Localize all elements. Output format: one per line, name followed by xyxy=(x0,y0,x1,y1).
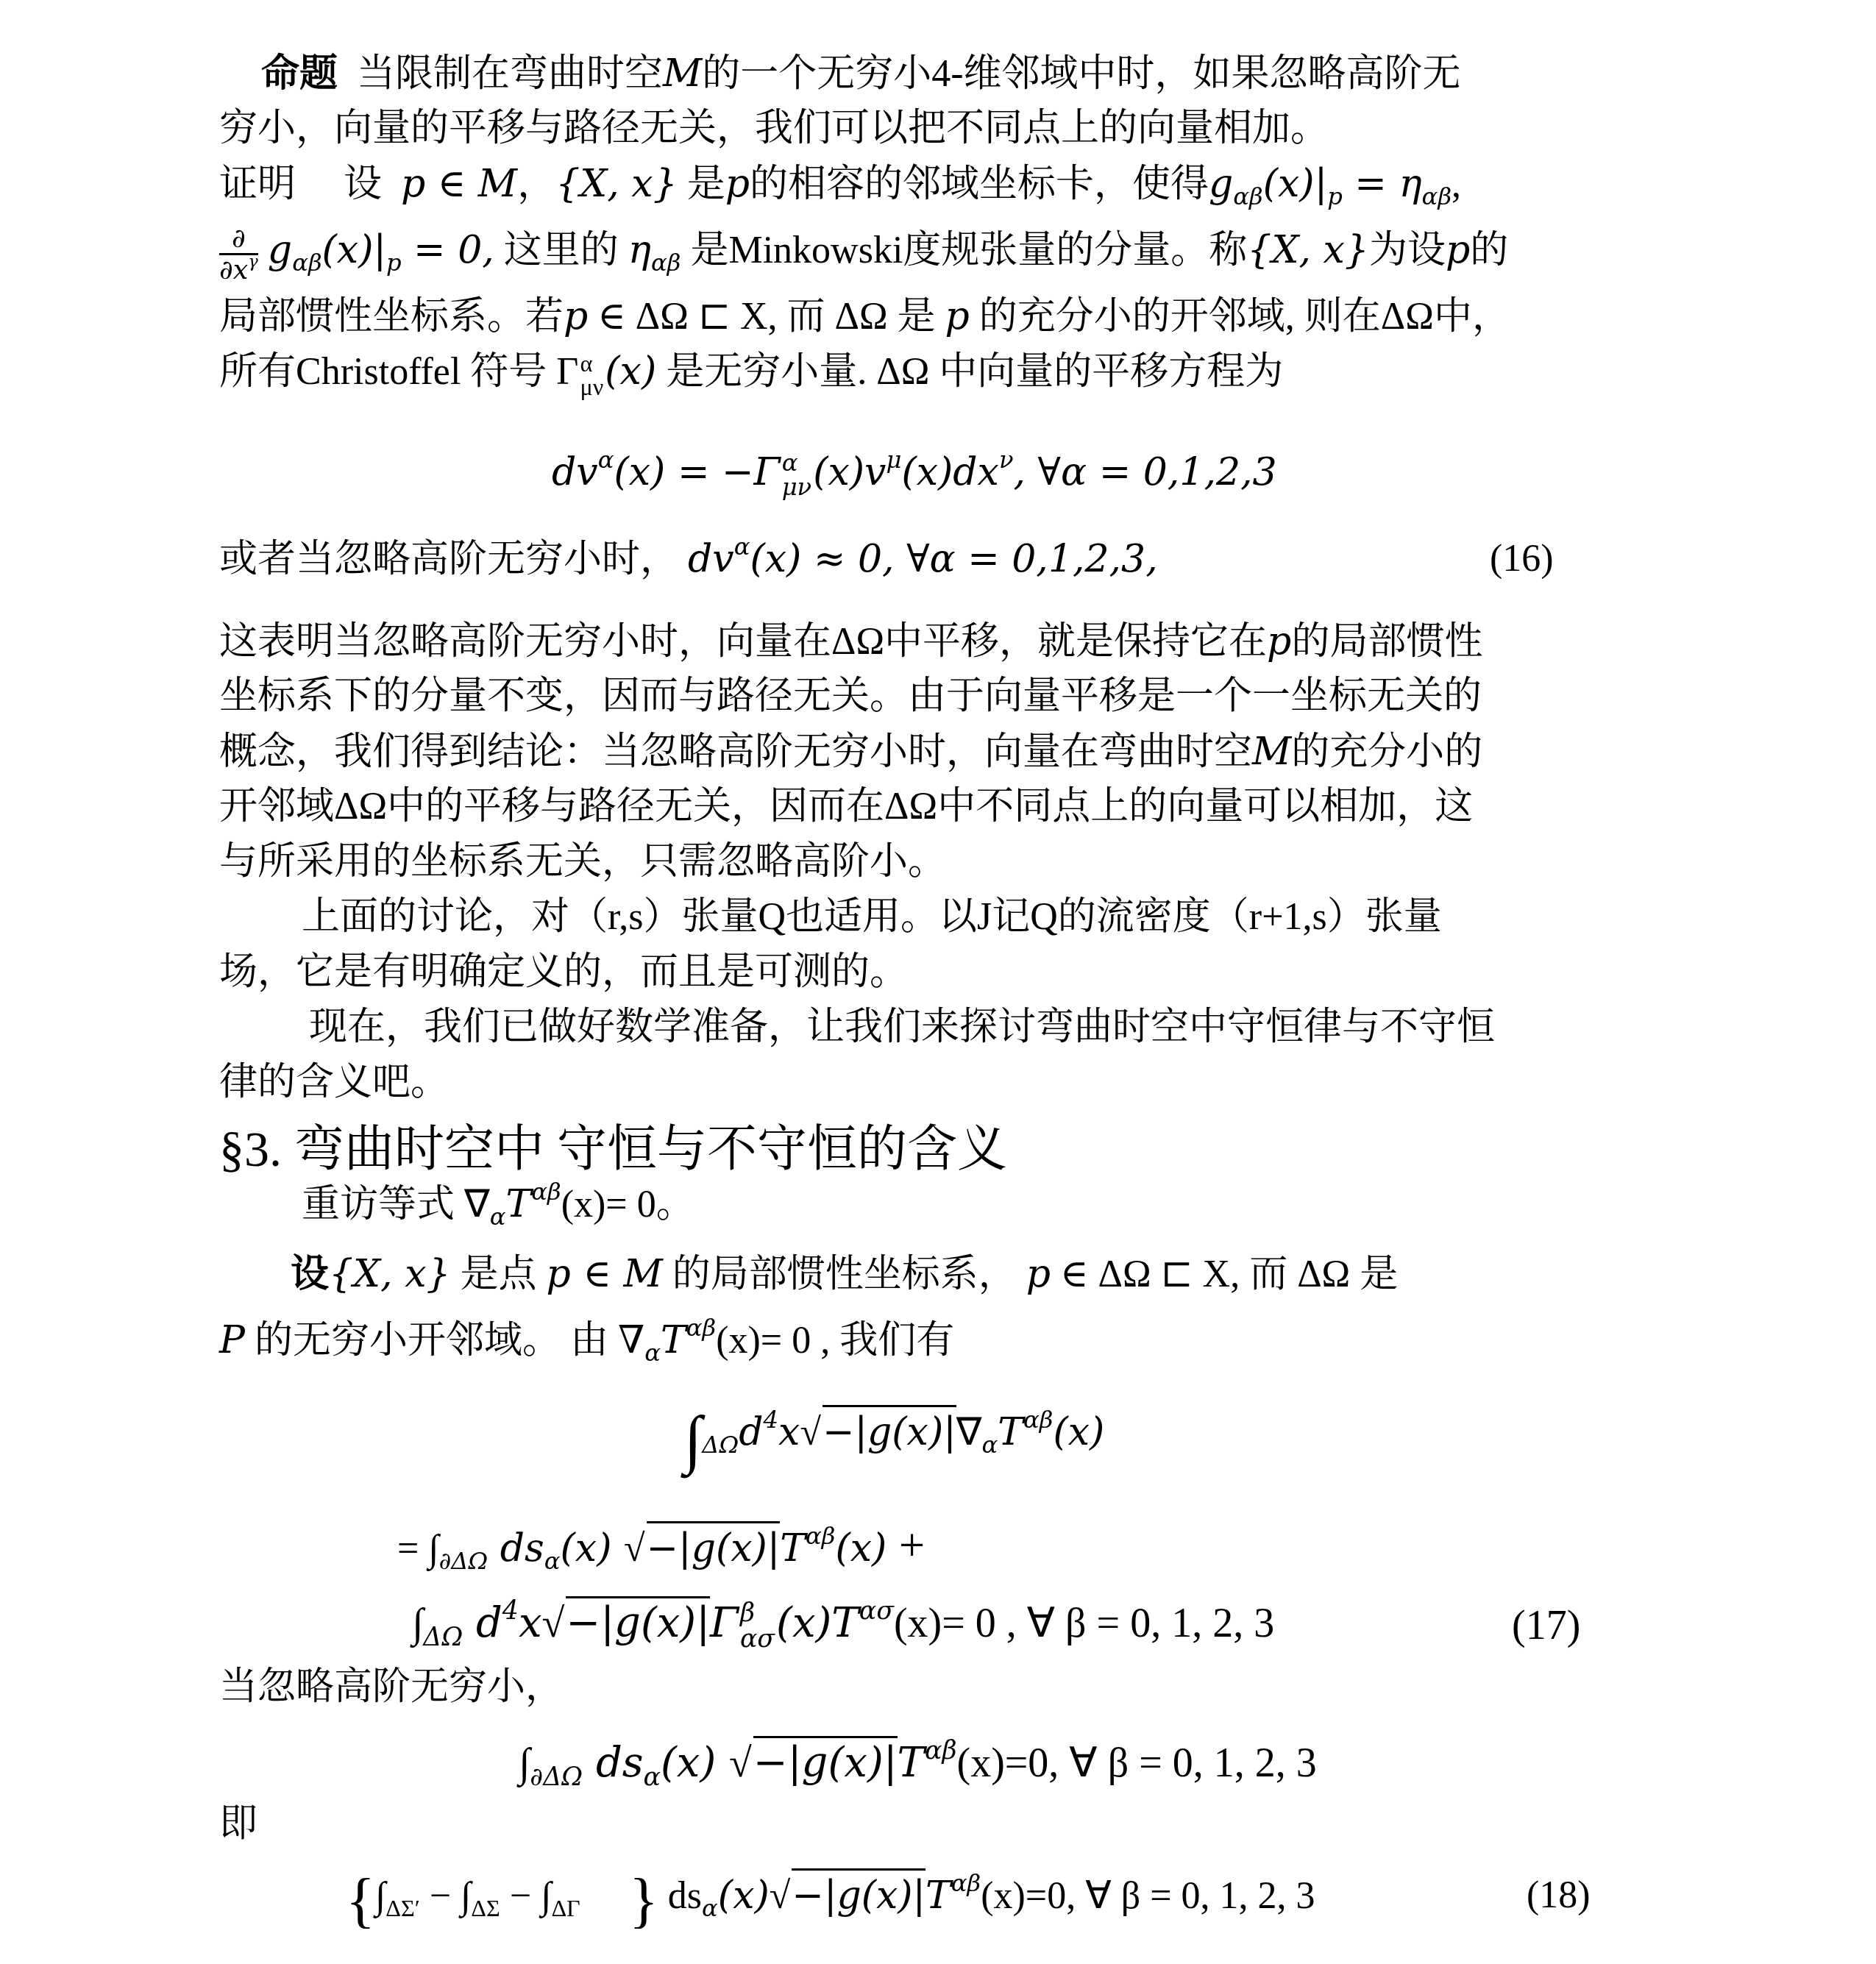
partial-derivative-fraction: ∂∂xγ xyxy=(219,224,258,285)
neglect-line: 当忽略高阶无穷小， xyxy=(219,1664,564,1711)
equation-17-boundary-term: = ∫∂ΔΩ dsα(x) √−|g(x)|Tαβ(x) + xyxy=(397,1521,925,1573)
proof-line-2: ∂∂xγ gαβ(x)|p = 0, 这里的 ηαβ 是Minkowski度规张… xyxy=(219,221,1508,285)
proof-line-3: 局部惯性坐标系。若p ∈ ΔΩ ⊏ X, 而 ΔΩ 是 p 的充分小的开邻域, … xyxy=(219,293,1510,341)
proposition-label: 命题 xyxy=(261,53,338,95)
paragraph-3-line-1: 现在，我们已做好数学准备，让我们来探讨弯曲时空中守恒律与不守恒 xyxy=(309,1004,1495,1051)
proof-line-4: 所有Christoffel 符号 Γαμν(x) 是无穷小量. ΔΩ 中向量的平… xyxy=(219,348,1283,399)
equation-17-volume-integral: ∫ΔΩd4x√−|g(x)|∇αTαβ(x) xyxy=(684,1405,1104,1463)
transport-equation: dvα(x) = −Γαμν(x)vμ(x)dxν, ∀α = 0,1,2,3 xyxy=(552,449,1277,499)
equation-18: {∫ΔΣ′ − ∫ΔΣ − ∫ΔΓ } dsα(x)√−|g(x)|Tαβ(x)… xyxy=(346,1868,1315,1924)
equation-number-16: (16) xyxy=(1490,536,1554,583)
equation-number-17: (17) xyxy=(1512,1602,1580,1649)
paragraph-1-line-1: 这表明当忽略高阶无穷小时，向量在ΔΩ中平移，就是保持它在p的局部惯性 xyxy=(219,618,1482,666)
paragraph-1-line-5: 与所采用的坐标系无关，只需忽略高阶小。 xyxy=(219,839,946,886)
paragraph-1-line-2: 坐标系下的分量不变，因而与路径无关。由于向量平移是一个一坐标无关的 xyxy=(219,673,1482,720)
setup-line-2: P 的无穷小开邻域。 由 ∇αTαβ(x)= 0 , 我们有 xyxy=(219,1317,954,1365)
proposition-line-1: 命题 当限制在弯曲时空M的一个无穷小4-维邻域中时，如果忽略高阶无 xyxy=(261,50,1461,98)
equation-17-christoffel-term: ∫ΔΩ d4x√−|g(x)|Γβασ(x)Tασ(x)= 0 , ∀ β = … xyxy=(412,1596,1274,1651)
proposition-line-2: 穷小，向量的平移与路径无关，我们可以把不同点上的向量相加。 xyxy=(219,105,1329,152)
setup-line-1: 设{X, x} 是点 p ∈ M 的局部惯性坐标系， p ∈ ΔΩ ⊏ X, 而… xyxy=(291,1250,1398,1298)
paragraph-2-line-2: 场，它是有明确定义的，而且是可测的。 xyxy=(219,949,908,996)
equation-number-18: (18) xyxy=(1527,1872,1591,1919)
section-heading: §3. 弯曲时空中 守恒与不守恒的含义 xyxy=(219,1120,1007,1178)
equation-16-line: 或者当忽略高阶无穷小时， dvα(x) ≈ 0, ∀α = 0,1,2,3, xyxy=(219,536,1158,583)
revisit-line: 重访等式 ∇αTαβ(x)= 0。 xyxy=(302,1181,694,1228)
ji-line: 即 xyxy=(219,1801,257,1848)
paragraph-3-line-2: 律的含义吧。 xyxy=(219,1059,449,1106)
paragraph-1-line-3: 概念，我们得到结论：当忽略高阶无穷小时，向量在弯曲时空M的充分小的 xyxy=(219,728,1482,776)
proof-line-1: 证明 设 p ∈ M，{X, x} 是p的相容的邻域坐标卡，使得gαβ(x)|p… xyxy=(219,160,1461,208)
paragraph-1-line-4: 开邻域ΔΩ中的平移与路径无关，因而在ΔΩ中不同点上的向量可以相加，这 xyxy=(219,783,1473,830)
integral-sign: ∫ xyxy=(684,1403,702,1476)
boundary-integral-equation: ∫∂ΔΩ dsα(x) √−|g(x)|Tαβ(x)=0, ∀ β = 0, 1… xyxy=(519,1736,1317,1787)
proof-label: 证明 xyxy=(219,163,296,205)
paragraph-2-line-1: 上面的讨论，对（r,s）张量Q也适用。以J记Q的流密度（r+1,s）张量 xyxy=(302,894,1442,941)
